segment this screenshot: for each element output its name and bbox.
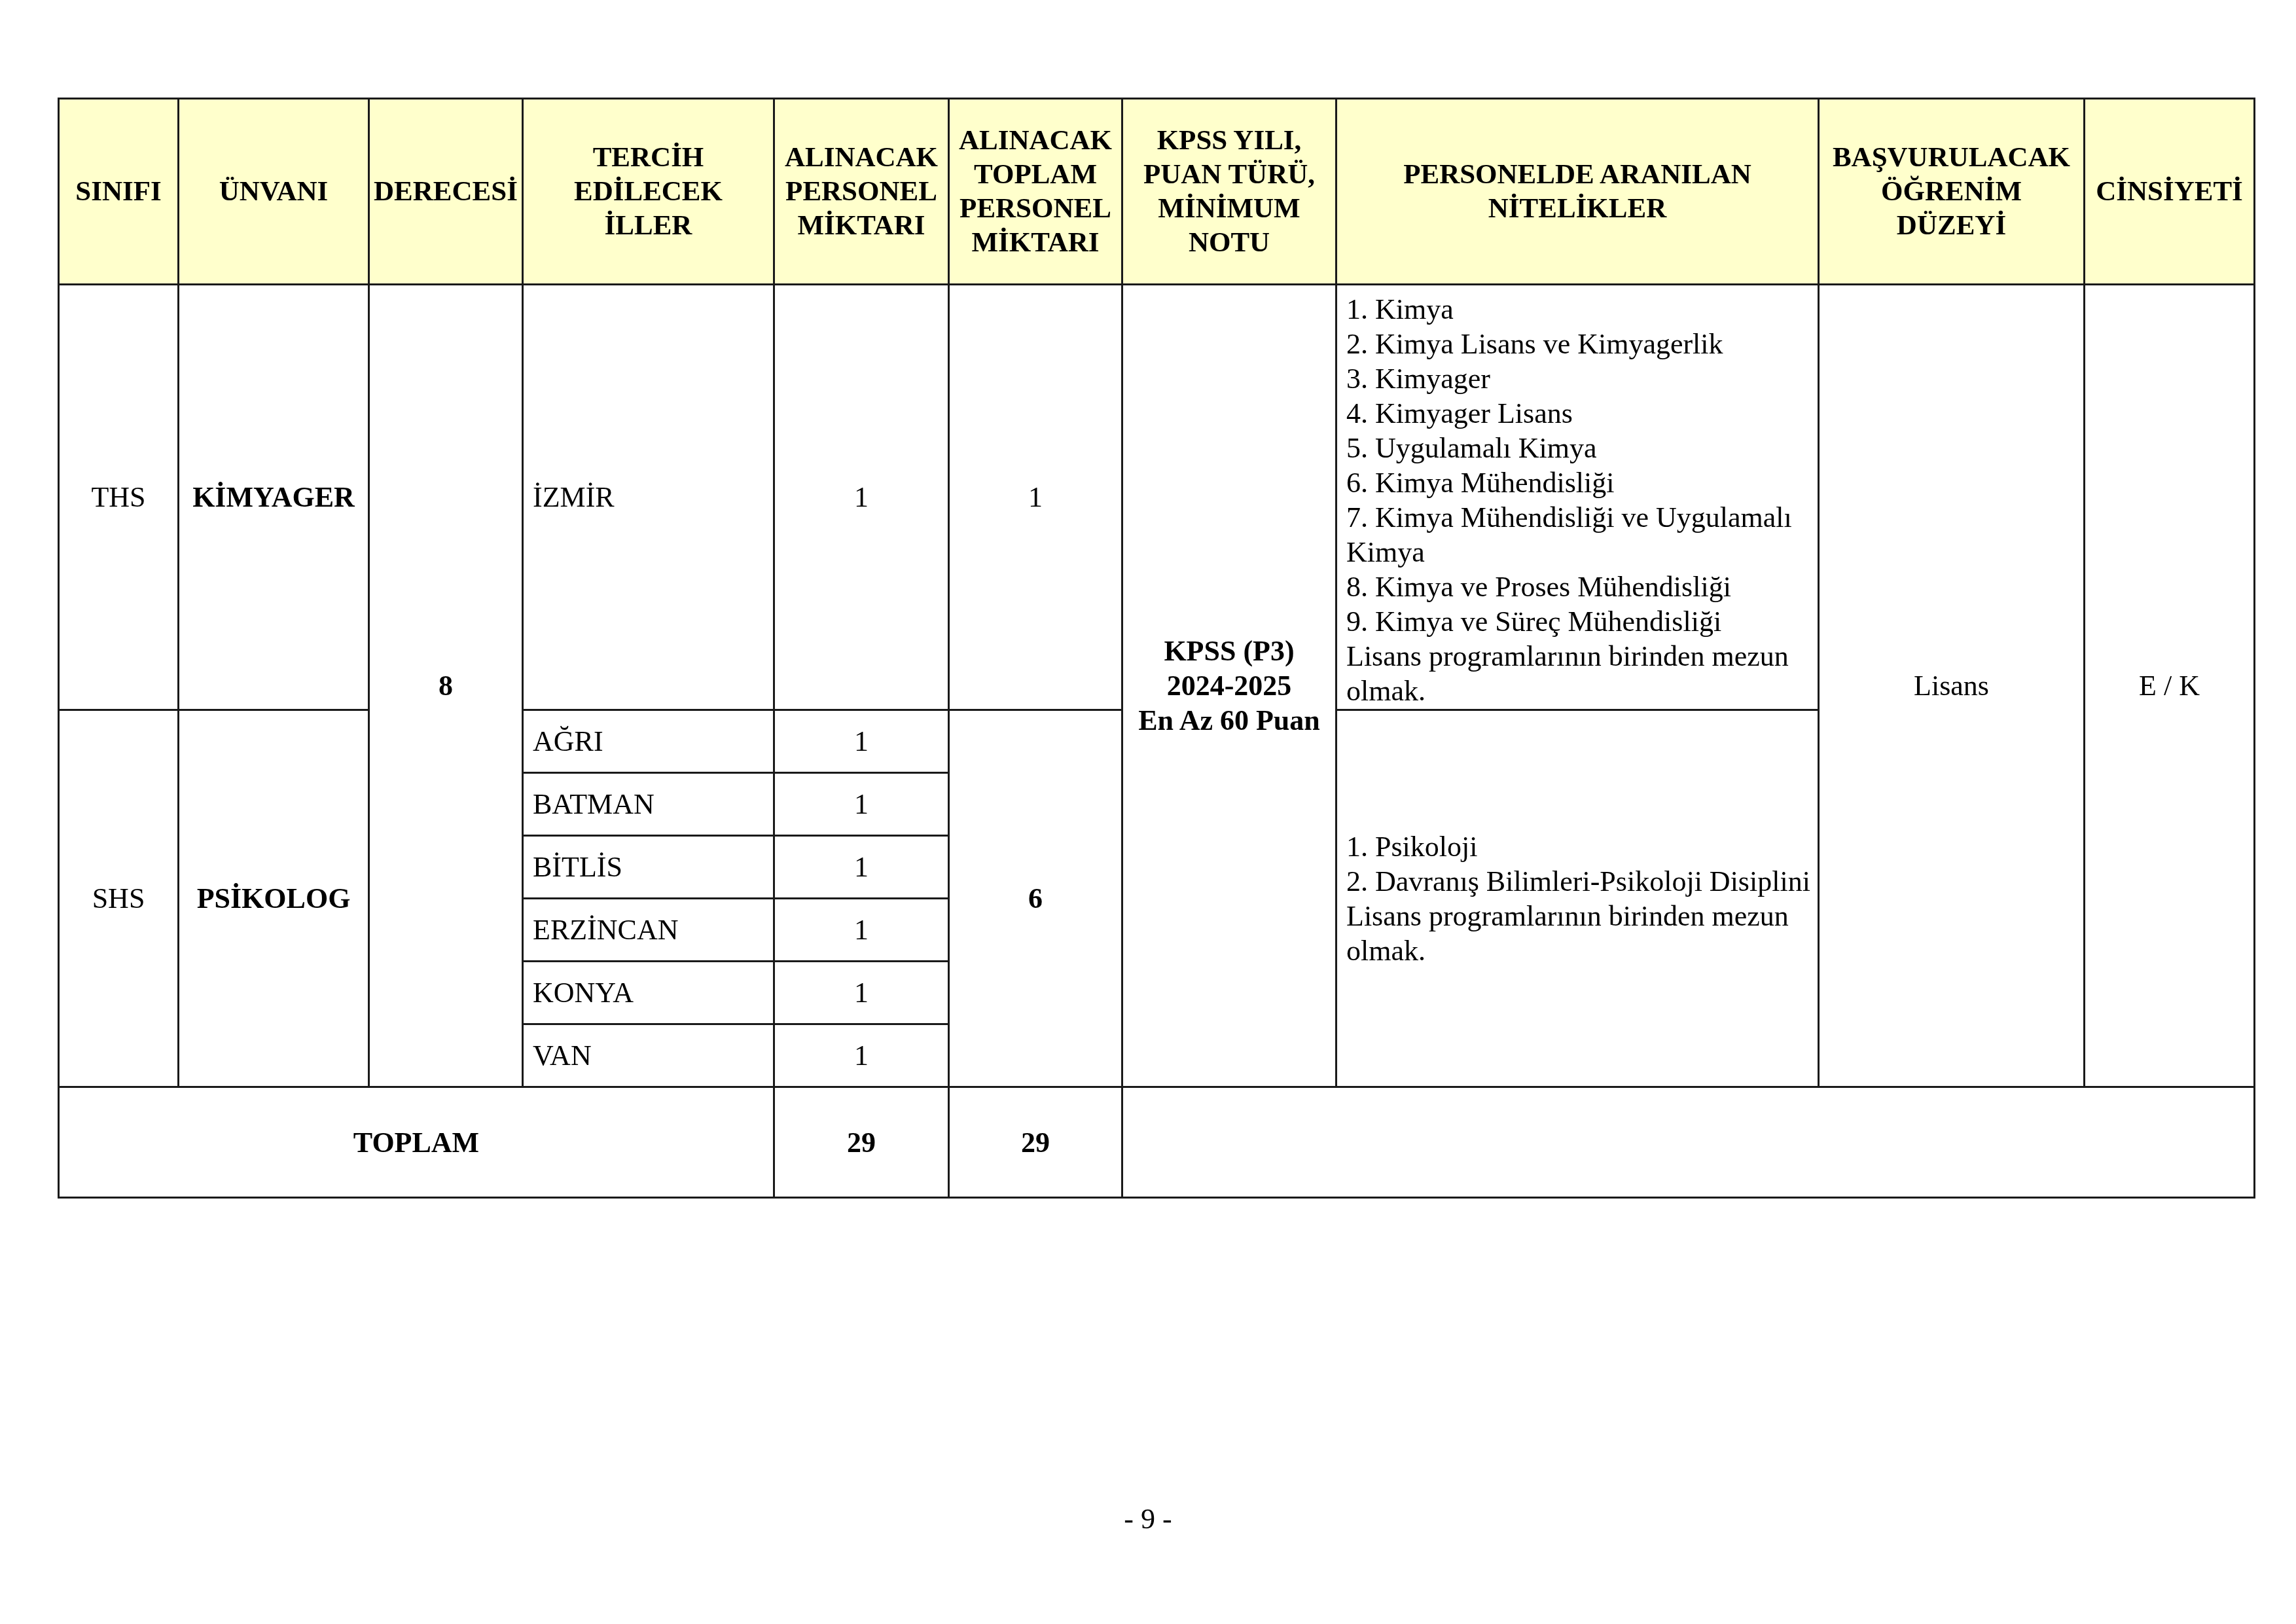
total-label: TOPLAM [59,1087,774,1198]
header-cinsiyet: CİNSİYETİ [2085,99,2255,285]
ogrenim-cell: Lisans [1819,285,2085,1087]
il-cell: BATMAN [523,773,774,836]
header-line: BAŞVURULACAK [1833,142,2070,173]
header-alinacak: ALINACAK PERSONEL MİKTARI [774,99,949,285]
total-alinacak: 29 [774,1087,949,1198]
header-line: EDİLECEK [574,176,723,207]
staff-recruitment-table: SINIFI ÜNVANI DERECESİ TERCİH EDİLECEK İ… [58,98,2255,1199]
header-line: PERSONEL [785,176,937,207]
adet-cell: 1 [774,962,949,1024]
unvan-cell: KİMYAGER [179,285,369,710]
toplam-cell: 1 [949,285,1122,710]
header-line: ALINACAK [959,125,1112,156]
nitelik-item: 3. Kimyager [1346,361,1811,396]
unvan-cell: PSİKOLOG [179,710,369,1087]
total-row: TOPLAM 29 29 [59,1087,2255,1198]
header-line: PERSONELDE ARANILAN [1403,159,1751,190]
nitelik-item: 1. Kimya [1346,292,1811,327]
header-ogrenim: BAŞVURULACAK ÖĞRENİM DÜZEYİ [1819,99,2085,285]
kpss-line: KPSS (P3) [1164,635,1294,667]
kpss-line: En Az 60 Puan [1138,704,1320,736]
nitelik-item: Lisans programlarının birinden mezun olm… [1346,899,1811,968]
adet-cell: 1 [774,710,949,773]
il-cell: ERZİNCAN [523,899,774,962]
header-kpss: KPSS YILI, PUAN TÜRÜ, MİNİMUM NOTU [1122,99,1336,285]
header-line: ALINACAK [785,142,938,173]
header-line: İLLER [605,210,692,241]
page-number: - 9 - [0,1502,2296,1536]
adet-cell: 1 [774,836,949,899]
nitelik-item: 7. Kimya Mühendisliği ve Uygulamalı Kimy… [1346,500,1811,569]
header-line: MİKTARI [797,210,925,241]
header-sinifi: SINIFI [59,99,179,285]
adet-cell: 1 [774,285,949,710]
header-nitelikler: PERSONELDE ARANILAN NİTELİKLER [1336,99,1819,285]
header-line: MİKTARI [971,227,1099,258]
derece-cell: 8 [369,285,523,1087]
adet-cell: 1 [774,773,949,836]
header-line: ÖĞRENİM [1881,176,2022,207]
header-row: SINIFI ÜNVANI DERECESİ TERCİH EDİLECEK İ… [59,99,2255,285]
il-cell: BİTLİS [523,836,774,899]
nitelik-item: Lisans programlarının birinden mezun olm… [1346,639,1811,708]
il-cell: AĞRI [523,710,774,773]
sinif-cell: THS [59,285,179,710]
header-toplam: ALINACAK TOPLAM PERSONEL MİKTARI [949,99,1122,285]
header-line: TERCİH [593,142,704,173]
il-cell: İZMİR [523,285,774,710]
kpss-line: 2024-2025 [1167,670,1292,702]
header-derecesi: DERECESİ [369,99,523,285]
nitelikler-cell: 1. Kimya 2. Kimya Lisans ve Kimyagerlik … [1336,285,1819,710]
kpss-cell: KPSS (P3) 2024-2025 En Az 60 Puan [1122,285,1336,1087]
adet-cell: 1 [774,1024,949,1087]
header-line: PERSONEL [960,193,1111,224]
header-line: TOPLAM [974,159,1097,190]
nitelik-item: 2. Davranış Bilimleri-Psikoloji Disiplin… [1346,864,1811,899]
header-iller: TERCİH EDİLECEK İLLER [523,99,774,285]
header-line: DÜZEYİ [1897,210,2006,241]
sinif-cell: SHS [59,710,179,1087]
header-unvani: ÜNVANI [179,99,369,285]
il-cell: KONYA [523,962,774,1024]
header-line: NİTELİKLER [1488,193,1666,224]
nitelik-item: 2. Kimya Lisans ve Kimyagerlik [1346,327,1811,361]
nitelik-item: 5. Uygulamalı Kimya [1346,431,1811,465]
header-line: NOTU [1189,227,1270,258]
header-line: KPSS YILI, [1157,125,1302,156]
nitelik-item: 8. Kimya ve Proses Mühendisliği [1346,569,1811,604]
total-toplam: 29 [949,1087,1122,1198]
nitelik-item: 6. Kimya Mühendisliği [1346,465,1811,500]
nitelik-item: 9. Kimya ve Süreç Mühendisliği [1346,604,1811,639]
toplam-cell: 6 [949,710,1122,1087]
nitelikler-cell: 1. Psikoloji 2. Davranış Bilimleri-Psiko… [1336,710,1819,1087]
il-cell: VAN [523,1024,774,1087]
header-line: PUAN TÜRÜ, [1143,159,1315,190]
nitelik-item: 4. Kimyager Lisans [1346,396,1811,431]
adet-cell: 1 [774,899,949,962]
nitelik-item: 1. Psikoloji [1346,829,1811,864]
header-line: MİNİMUM [1158,193,1300,224]
total-empty-cell [1122,1087,2255,1198]
table-row: THS KİMYAGER 8 İZMİR 1 1 KPSS (P3) 2024-… [59,285,2255,710]
cinsiyet-cell: E / K [2085,285,2255,1087]
